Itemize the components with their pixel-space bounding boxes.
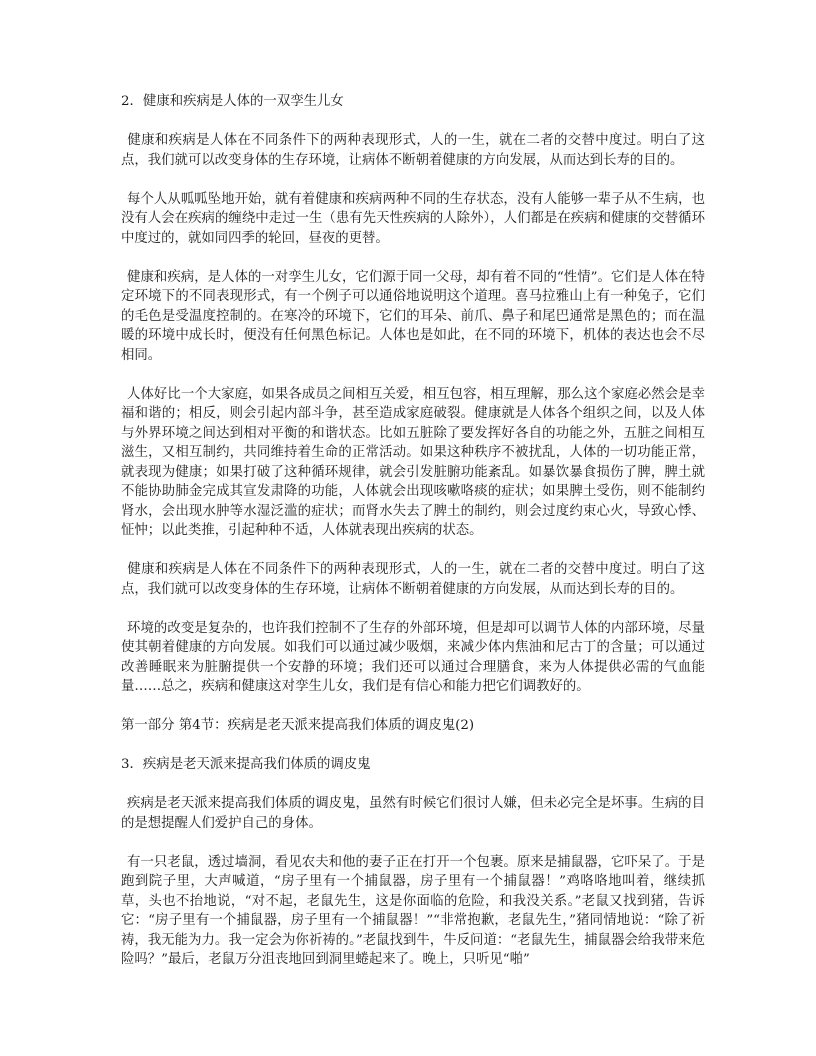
section-heading-2: 2．健康和疾病是人体的一双孪生儿女: [121, 92, 705, 112]
paragraph: 每个人从呱呱坠地开始，就有着健康和疾病两种不同的生存状态，没有人能够一辈子从不生…: [121, 190, 705, 249]
paragraph: 疾病是老天派来提高我们体质的调皮鬼，虽然有时候它们很讨人嫌，但未必完全是坏事。生…: [121, 794, 705, 833]
paragraph-text: 人体好比一个大家庭，如果各成员之间相互关爱，相互包容，相互理解，那么这个家庭必然…: [121, 387, 705, 539]
paragraph-text: 健康和疾病是人体在不同条件下的两种表现形式，人的一生，就在二者的交替中度过。明白…: [121, 562, 705, 597]
paragraph-text: 健康和疾病，是人体的一对孪生儿女，它们源于同一父母，却有着不同的“性情”。它们是…: [121, 270, 705, 363]
document-page: 2．健康和疾病是人体的一双孪生儿女 健康和疾病是人体在不同条件下的两种表现形式，…: [121, 92, 705, 989]
paragraph: 健康和疾病，是人体的一对孪生儿女，它们源于同一父母，却有着不同的“性情”。它们是…: [121, 268, 705, 366]
paragraph-text: 有一只老鼠，透过墙洞，看见农夫和他的妻子正在打开一个包裹。原来是捕鼠器，它吓呆了…: [121, 855, 705, 968]
paragraph: 健康和疾病是人体在不同条件下的两种表现形式，人的一生，就在二者的交替中度过。明白…: [121, 131, 705, 170]
paragraph: 环境的改变是复杂的，也许我们控制不了生存的外部环境，但是却可以调节人体的内部环境…: [121, 619, 705, 697]
paragraph-text: 疾病是老天派来提高我们体质的调皮鬼，虽然有时候它们很讨人嫌，但未必完全是坏事。生…: [121, 796, 705, 831]
paragraph: 人体好比一个大家庭，如果各成员之间相互关爱，相互包容，相互理解，那么这个家庭必然…: [121, 385, 705, 541]
paragraph: 有一只老鼠，透过墙洞，看见农夫和他的妻子正在打开一个包裹。原来是捕鼠器，它吓呆了…: [121, 853, 705, 970]
paragraph: 健康和疾病是人体在不同条件下的两种表现形式，人的一生，就在二者的交替中度过。明白…: [121, 560, 705, 599]
chapter-section-title: 第一部分 第4节：疾病是老天派来提高我们体质的调皮鬼(2): [121, 716, 705, 736]
paragraph-text: 环境的改变是复杂的，也许我们控制不了生存的外部环境，但是却可以调节人体的内部环境…: [121, 621, 705, 695]
paragraph-text: 健康和疾病是人体在不同条件下的两种表现形式，人的一生，就在二者的交替中度过。明白…: [121, 133, 705, 168]
paragraph-text: 每个人从呱呱坠地开始，就有着健康和疾病两种不同的生存状态，没有人能够一辈子从不生…: [121, 192, 705, 246]
section-heading-3: 3．疾病是老天派来提高我们体质的调皮鬼: [121, 755, 705, 775]
